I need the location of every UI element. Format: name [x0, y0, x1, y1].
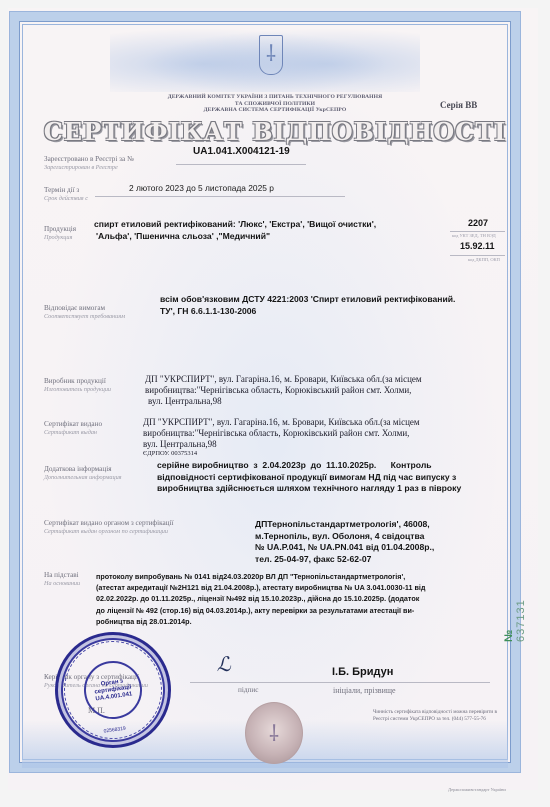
label-ru: Соответствует требованиям: [44, 313, 125, 321]
serial-number: № 637131: [503, 595, 527, 642]
label-uk: Сертифікат видано органом з сертифікації: [44, 519, 174, 527]
text-line: вул. Центральна,98: [143, 439, 420, 450]
print-note: Держспоживстандарт України: [448, 787, 506, 792]
label-ru: На основании: [44, 580, 80, 588]
label-uk: Продукція: [44, 225, 76, 233]
label-uk: Зареєстровано в Реєстрі за №: [44, 155, 134, 163]
text-line: 'Альфа', 'Пшенична сльоза' ,"Медичний": [94, 231, 376, 243]
label-uk: Відповідає вимогам: [44, 304, 105, 312]
serial-prefix: №: [503, 629, 515, 642]
authority-line: ДЕРЖАВНА СИСТЕМА СЕРТИФІКАЦІЇ УкрСЕПРО: [100, 107, 450, 114]
text-line: № UA.P.041, № UA.PN.041 від 01.04.2008р.…: [255, 542, 434, 554]
trident-icon: ⸸: [259, 35, 283, 75]
underline: [450, 255, 505, 256]
text-line: протоколу випробувань № 0141 від24.03.20…: [96, 571, 425, 582]
text-line: виробництва:"Чернігівська область, Корюк…: [145, 385, 422, 396]
text-line: виробництва:"Чернігівська область, Корюк…: [143, 428, 420, 439]
verification-note: Чинність сертифіката відповідності можна…: [373, 709, 508, 723]
issued-to-label: Сертифікат видано Сертификат выдан: [44, 420, 102, 437]
label-ru: Продукция: [44, 234, 76, 242]
underline: [450, 231, 505, 232]
registry-number: UA1.041.X004121-19: [193, 146, 290, 157]
customs-code: 2207: [468, 218, 488, 228]
validity-period: 2 лютого 2023 до 5 листопада 2025 р: [129, 183, 274, 193]
text-line: вул. Центральна,98: [145, 396, 422, 407]
label-ru: Дополнительная информация: [44, 474, 122, 482]
underline: [95, 196, 345, 197]
serial-value: 637131: [515, 599, 527, 642]
series-label: Серія ВВ: [440, 100, 477, 110]
text-line: 02.02.2022р. до 01.11.2025р., ліцензії №…: [96, 593, 425, 604]
coat-of-arms-icon: ⸸: [245, 702, 303, 764]
text-line: тел. 25-04-97, факс 52-62-07: [255, 554, 434, 566]
text-line: серійне виробництво з 2.04.2023р до 11.1…: [157, 460, 461, 472]
registry-label: Зареєстровано в Реєстрі за № Зарегистрир…: [44, 155, 134, 172]
signatory-name: І.Б. Бридун: [332, 666, 393, 678]
text-line: всім обов'язковим ДСТУ 4221:2003 'Спирт …: [160, 294, 455, 306]
text-line: ТУ', ГН 6.6.1.1-130-2006: [160, 306, 455, 318]
code-caption: код УКТ ЗЕД, ТН ВЭД: [452, 233, 496, 238]
text-line: (атестат акредитації №2Н121 від 21.04.20…: [96, 582, 425, 593]
certificate-holder: ДП "УКРСПИРТ", вул. Гагаріна.16, м. Бров…: [143, 417, 420, 458]
label-uk: Термін дії з: [44, 186, 79, 194]
certification-body-label: Сертифікат видано органом з сертифікації…: [44, 519, 174, 536]
text-line: м.Тернопіль, вул. Оболоня, 4 свідоцтва: [255, 531, 434, 543]
product-label: Продукція Продукция: [44, 225, 76, 242]
requirements-text: всім обов'язковим ДСТУ 4221:2003 'Спирт …: [160, 294, 455, 317]
basis-label: На підставі На основании: [44, 571, 80, 588]
text-line: до ліцензії № 492 (стор.16) від 04.03.20…: [96, 605, 425, 616]
text-line: ДПТернопільстандартметрологія', 46008,: [255, 519, 434, 531]
text-line: робництва від 28.01.2014р.: [96, 616, 425, 627]
label-ru: Зарегистрирован в Реестре: [44, 164, 134, 172]
product-classifier-code: 15.92.11: [460, 241, 495, 251]
basis-text: протоколу випробувань № 0141 від24.03.20…: [96, 571, 425, 627]
product-description: спирт етиловий ректифікований: 'Люкс', '…: [94, 219, 376, 242]
text-line: спирт етиловий ректифікований: 'Люкс', '…: [94, 219, 376, 231]
edrpou-code: ЄДРПОУ. 00375314: [143, 450, 420, 458]
validity-label: Термін дії з Срок действия с: [44, 186, 88, 203]
text-line: ДП "УКРСПИРТ", вул. Гагаріна.16, м. Бров…: [143, 417, 420, 428]
authority-line: ДЕРЖАВНИЙ КОМІТЕТ УКРАЇНИ З ПИТАНЬ ТЕХНІ…: [100, 94, 450, 101]
label-uk: Додаткова інформація: [44, 465, 112, 473]
label-uk: Виробник продукції: [44, 377, 106, 385]
document-title: СЕРТИФІКАТ ВІДПОВІДНОСТІ: [0, 117, 550, 146]
label-uk: На підставі: [44, 571, 79, 579]
signature-caption: підпис: [238, 686, 258, 695]
label-ru: Сертификат выдан органом по сертификации: [44, 528, 174, 536]
manufacturer-label: Виробник продукції Изготовитель продукци…: [44, 377, 111, 394]
underline: [176, 164, 306, 165]
label-ru: Сертификат выдан: [44, 429, 102, 437]
code-caption: код ДКПП, ОКП: [468, 257, 500, 262]
label-uk: Сертифікат видано: [44, 420, 102, 428]
name-caption: ініціали, прізвище: [333, 686, 396, 695]
additional-info-label: Додаткова інформація Дополнительная инфо…: [44, 465, 122, 482]
label-ru: Изготовитель продукции: [44, 386, 111, 394]
text-line: виробництва здійснюється шляхом технічно…: [157, 483, 461, 495]
manufacturer-address: ДП "УКРСПИРТ", вул. Гагаріна.16, м. Бров…: [145, 374, 422, 407]
issuing-authority: ДЕРЖАВНИЙ КОМІТЕТ УКРАЇНИ З ПИТАНЬ ТЕХНІ…: [100, 94, 450, 114]
text-line: відповідності сертифікованої продукції в…: [157, 472, 461, 484]
additional-info-text: серійне виробництво з 2.04.2023р до 11.1…: [157, 460, 461, 495]
label-ru: Срок действия с: [44, 195, 88, 203]
signature-line: [190, 682, 490, 683]
certification-body-details: ДПТернопільстандартметрологія', 46008, м…: [255, 519, 434, 565]
text-line: ДП "УКРСПИРТ", вул. Гагаріна.16, м. Бров…: [145, 374, 422, 385]
requirements-label: Відповідає вимогам Соответствует требова…: [44, 304, 125, 321]
